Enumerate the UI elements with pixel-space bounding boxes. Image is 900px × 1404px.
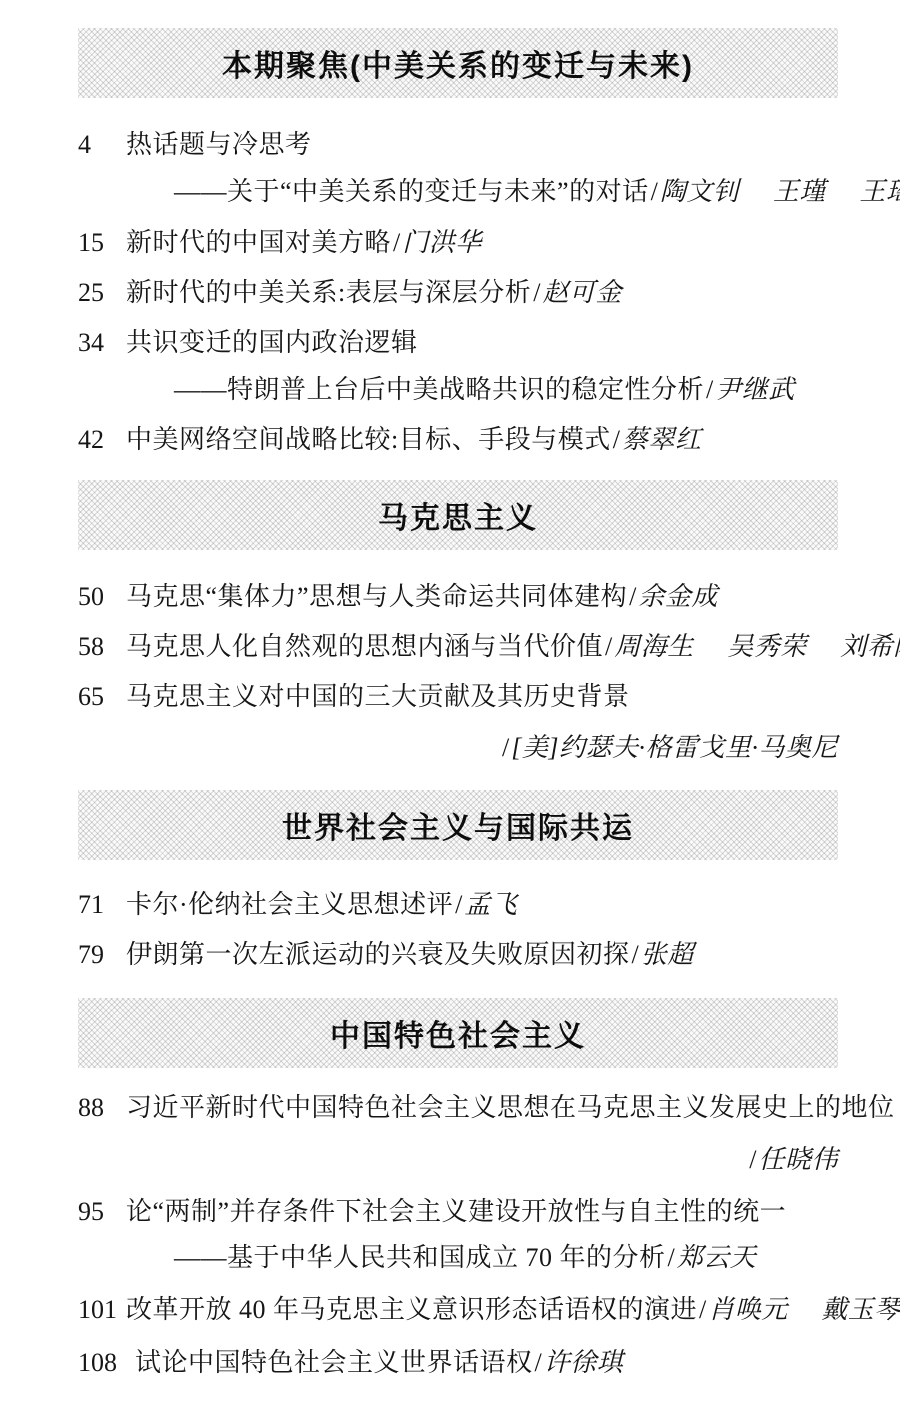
section-header-world-socialism: 世界社会主义与国际共运 (78, 790, 838, 860)
section-title: 中国特色社会主义 (330, 1011, 586, 1055)
toc-entry: 15 新时代的中国对美方略/门洪华 (78, 228, 838, 258)
toc-entry-subtitle: ——关于“中美关系的变迁与未来”的对话/陶文钊 王瑾 王瑶 (78, 177, 838, 207)
toc-entry: 42 中美网络空间战略比较:目标、手段与模式/蔡翠红 (78, 425, 838, 455)
slash-separator: / (533, 1348, 544, 1378)
page-number: 88 (78, 1093, 108, 1123)
article-title: 新时代的中国对美方略 (126, 228, 391, 258)
article-subtitle: ——基于中华人民共和国成立 70 年的分析 (174, 1243, 666, 1273)
page-number: 25 (78, 278, 108, 308)
toc-entry: 34 共识变迁的国内政治逻辑 (78, 328, 838, 358)
slash-separator: / (611, 425, 622, 455)
article-title: 伊朗第一次左派运动的兴衰及失败原因初探 (126, 940, 630, 970)
article-authors: 陶文钊 王瑾 王瑶 (660, 177, 900, 207)
article-authors: 许徐琪 (544, 1348, 624, 1378)
page-number: 108 (78, 1348, 117, 1378)
toc-entry: 88 习近平新时代中国特色社会主义思想在马克思主义发展史上的地位 (78, 1093, 838, 1123)
article-title: 改革开放 40 年马克思主义意识形态话语权的演进 (126, 1295, 697, 1325)
toc-entry: 25 新时代的中美关系:表层与深层分析/赵可金 (78, 278, 838, 308)
toc-content: 本期聚焦(中美关系的变迁与未来) 4 热话题与冷思考 ——关于“中美关系的变迁与… (78, 0, 838, 1378)
article-subtitle: ——特朗普上台后中美战略共识的稳定性分析 (174, 375, 704, 405)
article-authors: 尹继武 (715, 375, 795, 405)
toc-entry: 4 热话题与冷思考 (78, 130, 838, 160)
page-number: 50 (78, 582, 108, 612)
slash-separator: / (649, 177, 660, 207)
toc-entry: 108 试论中国特色社会主义世界话语权/许徐琪 (78, 1348, 838, 1378)
article-authors: 蔡翠红 (622, 425, 702, 455)
toc-entry: 79 伊朗第一次左派运动的兴衰及失败原因初探/张超 (78, 940, 838, 970)
slash-separator: / (500, 733, 511, 763)
slash-separator: / (627, 582, 638, 612)
section-header-focus: 本期聚焦(中美关系的变迁与未来) (78, 28, 838, 98)
article-title: 马克思“集体力”思想与人类命运共同体建构 (126, 582, 627, 612)
section-header-marxism: 马克思主义 (78, 480, 838, 550)
article-authors: 余金成 (638, 582, 718, 612)
section-title: 本期聚焦(中美关系的变迁与未来) (222, 41, 694, 85)
page-number: 15 (78, 228, 108, 258)
article-authors: 任晓伟 (758, 1145, 838, 1175)
page-number: 4 (78, 130, 108, 160)
article-authors: 张超 (641, 940, 694, 970)
article-authors: 周海生 吴秀荣 刘希刚 (614, 632, 900, 662)
page-number: 79 (78, 940, 108, 970)
article-authors: 赵可金 (542, 278, 622, 308)
article-title: 马克思主义对中国的三大贡献及其历史背景 (126, 682, 630, 712)
article-title: 热话题与冷思考 (126, 130, 312, 160)
page-number: 71 (78, 890, 108, 920)
journal-toc-page: 本期聚焦(中美关系的变迁与未来) 4 热话题与冷思考 ——关于“中美关系的变迁与… (0, 0, 900, 1404)
toc-entry: 50 马克思“集体力”思想与人类命运共同体建构/余金成 (78, 582, 838, 612)
toc-entry-author-line: /[美]约瑟夫·格雷戈里·马奥尼 (78, 733, 838, 763)
toc-entry-subtitle: ——基于中华人民共和国成立 70 年的分析/郑云天 (78, 1243, 838, 1273)
page-number: 101 (78, 1295, 108, 1325)
article-title: 中美网络空间战略比较:目标、手段与模式 (126, 425, 611, 455)
article-authors: 郑云天 (677, 1243, 757, 1273)
slash-separator: / (453, 890, 464, 920)
toc-entry: 101 改革开放 40 年马克思主义意识形态话语权的演进/肖唤元 戴玉琴 (78, 1295, 838, 1325)
article-authors: [美]约瑟夫·格雷戈里·马奥尼 (511, 733, 838, 763)
slash-separator: / (531, 278, 542, 308)
toc-entry: 71 卡尔·伦纳社会主义思想述评/孟飞 (78, 890, 838, 920)
article-title: 马克思人化自然观的思想内涵与当代价值 (126, 632, 603, 662)
page-number: 65 (78, 682, 108, 712)
page-number: 42 (78, 425, 108, 455)
toc-entry: 65 马克思主义对中国的三大贡献及其历史背景 (78, 682, 838, 712)
slash-separator: / (666, 1243, 677, 1273)
page-number: 34 (78, 328, 108, 358)
article-title: 新时代的中美关系:表层与深层分析 (126, 278, 531, 308)
slash-separator: / (704, 375, 715, 405)
toc-entry-author-line: /任晓伟 (78, 1145, 838, 1175)
article-title: 试论中国特色社会主义世界话语权 (135, 1348, 533, 1378)
section-title: 马克思主义 (378, 493, 538, 537)
page-number: 58 (78, 632, 108, 662)
toc-entry-subtitle: ——特朗普上台后中美战略共识的稳定性分析/尹继武 (78, 375, 838, 405)
slash-separator: / (697, 1295, 708, 1325)
article-title: 共识变迁的国内政治逻辑 (126, 328, 418, 358)
article-subtitle: ——关于“中美关系的变迁与未来”的对话 (174, 177, 649, 207)
slash-separator: / (391, 228, 402, 258)
article-title: 习近平新时代中国特色社会主义思想在马克思主义发展史上的地位 (126, 1093, 895, 1123)
slash-separator: / (630, 940, 641, 970)
toc-entry: 95 论“两制”并存条件下社会主义建设开放性与自主性的统一 (78, 1197, 838, 1227)
slash-separator: / (603, 632, 614, 662)
toc-entry: 58 马克思人化自然观的思想内涵与当代价值/周海生 吴秀荣 刘希刚 (78, 632, 838, 662)
article-authors: 门洪华 (402, 228, 482, 258)
slash-separator: / (747, 1145, 758, 1175)
article-title: 卡尔·伦纳社会主义思想述评 (126, 890, 453, 920)
section-header-chinese-socialism: 中国特色社会主义 (78, 998, 838, 1068)
article-title: 论“两制”并存条件下社会主义建设开放性与自主性的统一 (126, 1197, 786, 1227)
page-number: 95 (78, 1197, 108, 1227)
section-title: 世界社会主义与国际共运 (282, 803, 634, 847)
article-authors: 肖唤元 戴玉琴 (708, 1295, 900, 1325)
article-authors: 孟飞 (464, 890, 517, 920)
